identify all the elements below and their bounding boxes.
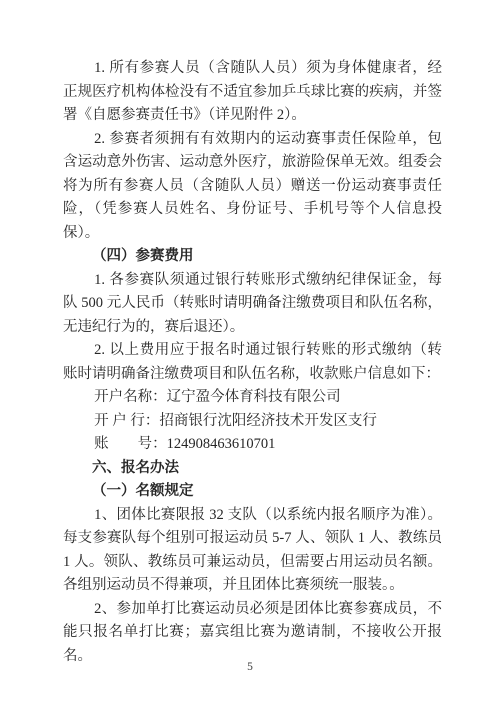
account-number-line: 账 号：124908463610701 [63,433,442,457]
document-page: 1. 所有参赛人员（含随队人员）须为身体健康者，经正规医疗机构体检没有不适宜参加… [0,0,500,707]
paragraph-insurance-requirement: 2. 参赛者须拥有有效期内的运动赛事责任保险单，包含运动意外伤害、运动意外医疗，… [63,128,442,246]
bank-branch-line: 开 户 行：招商银行沈阳经济技术开发区支行 [63,410,442,434]
heading-registration-method: 六、报名办法 [63,457,442,481]
page-number: 5 [0,661,500,673]
paragraph-health-requirement: 1. 所有参赛人员（含随队人员）须为身体健康者，经正规医疗机构体检没有不适宜参加… [63,57,442,128]
account-name-line: 开户名称：辽宁盈今体育科技有限公司 [63,386,442,410]
paragraph-singles-rule: 2、参加单打比赛运动员必须是团体比赛参赛成员，不能只报名单打比赛；嘉宾组比赛为邀… [63,598,442,669]
paragraph-team-quota: 1、团体比赛限报 32 支队（以系统内报名顺序为准）。每支参赛队每个组别可报运动… [63,504,442,598]
paragraph-transfer-payment: 2. 以上费用应于报名时通过银行转账的形式缴纳（转账时请明确备注缴费项目和队伍名… [63,339,442,386]
paragraph-deposit-payment: 1. 各参赛队须通过银行转账形式缴纳纪律保证金，每队 500 元人民币（转账时请… [63,269,442,340]
heading-entry-fees: （四）参赛费用 [63,245,442,269]
heading-quota-rules: （一）名额规定 [63,480,442,504]
document-content: 1. 所有参赛人员（含随队人员）须为身体健康者，经正规医疗机构体检没有不适宜参加… [63,57,442,668]
